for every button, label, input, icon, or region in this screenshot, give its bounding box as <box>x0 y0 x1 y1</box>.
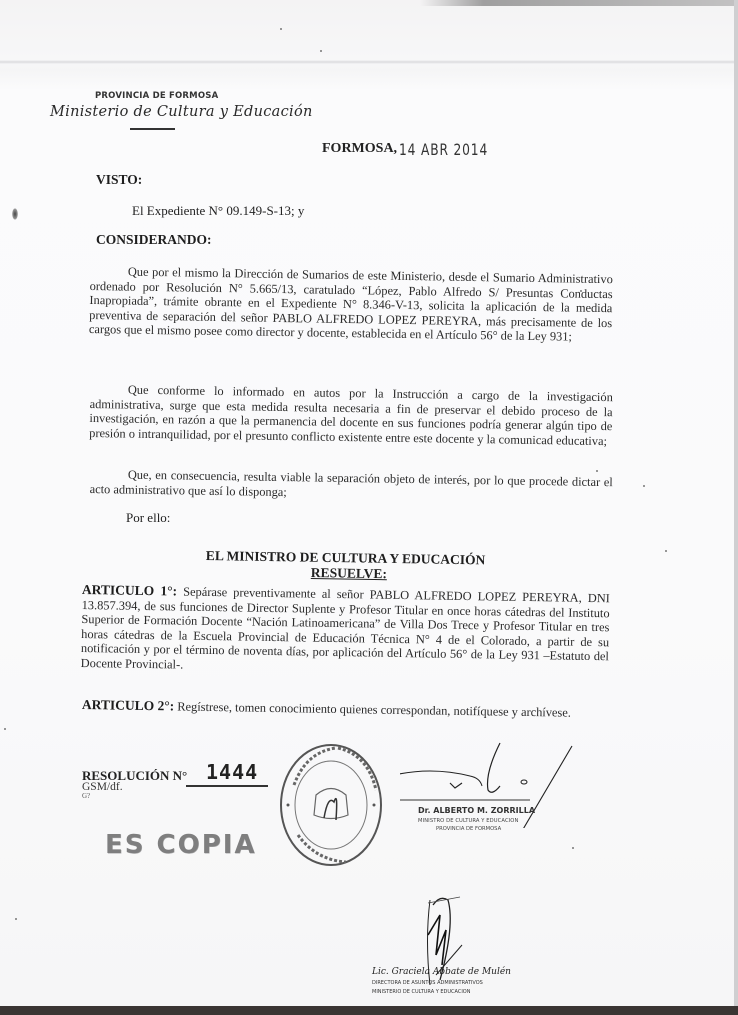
scan-artifact-mark <box>12 208 18 220</box>
paragraph-text: Que por el mismo la Dirección de Sumario… <box>89 265 613 344</box>
minister-name: Dr. ALBERTO M. ZORRILLA <box>418 806 535 815</box>
date-place: FORMOSA, <box>322 141 397 157</box>
scanned-document-page: PROVINCIA DE FORMOSA Ministerio de Cultu… <box>0 0 738 1006</box>
article-2: ARTICULO 2°: Regístrese, tomen conocimie… <box>82 698 610 721</box>
scan-speck <box>665 550 667 552</box>
date-stamp: 14 ABR 2014 <box>399 140 488 159</box>
scan-speck <box>643 485 645 487</box>
paragraph-text: Que, en consecuencia, resulta viable la … <box>90 468 613 499</box>
copy-stamp: ES COPIA <box>105 830 257 860</box>
resolution-number-underline <box>186 785 268 787</box>
considerando-paragraph: Que conforme lo informado en autos por l… <box>89 382 613 449</box>
paper-fold-line <box>0 60 738 64</box>
initials-sub: G? <box>82 792 90 800</box>
considerando-paragraph: Que por el mismo la Dirección de Sumario… <box>89 264 613 345</box>
por-ello-text: Por ello: <box>126 510 170 526</box>
resuelve-heading: RESUELVE: <box>311 565 387 582</box>
considerando-heading: CONSIDERANDO: <box>96 232 212 248</box>
article-label: ARTICULO 2°: <box>82 697 175 713</box>
letterhead-ministry: Ministerio de Cultura y Educación <box>50 104 313 120</box>
scan-speck <box>280 28 282 30</box>
director-role: DIRECTORA DE ASUNTOS ADMINISTRATIVOS <box>372 980 483 986</box>
scan-speck <box>320 50 322 52</box>
article-1: ARTICULO 1°: Sepárase preventivamente al… <box>81 583 610 679</box>
paragraph-text: Que conforme lo informado en autos por l… <box>89 383 613 448</box>
scan-speck <box>4 728 6 730</box>
director-ministry: MINISTERIO DE CULTURA Y EDUCACION <box>372 989 470 995</box>
resolution-number: 1444 <box>206 760 258 784</box>
scan-speck <box>572 847 574 849</box>
minister-role: MINISTRO DE CULTURA Y EDUCACION <box>418 818 518 824</box>
considerando-paragraph: Que, en consecuencia, resulta viable la … <box>90 467 613 504</box>
visto-text: El Expediente N° 09.149-S-13; y <box>132 203 304 219</box>
scan-speck <box>15 918 17 920</box>
article-label: ARTICULO 1°: <box>82 582 177 598</box>
article-text: Regístrese, tomen conocimiento quienes c… <box>177 699 571 719</box>
scan-edge-shadow <box>420 0 738 6</box>
minister-province: PROVINCIA DE FORMOSA <box>436 826 501 832</box>
scan-speck <box>596 470 598 472</box>
letterhead-province: PROVINCIA DE FORMOSA <box>95 91 218 101</box>
director-name: Lic. Graciela Abbate de Mulén <box>372 967 511 977</box>
letterhead-underline <box>130 128 175 130</box>
scan-speck <box>580 290 582 292</box>
visto-heading: VISTO: <box>96 172 142 188</box>
official-seal-icon <box>276 740 386 870</box>
